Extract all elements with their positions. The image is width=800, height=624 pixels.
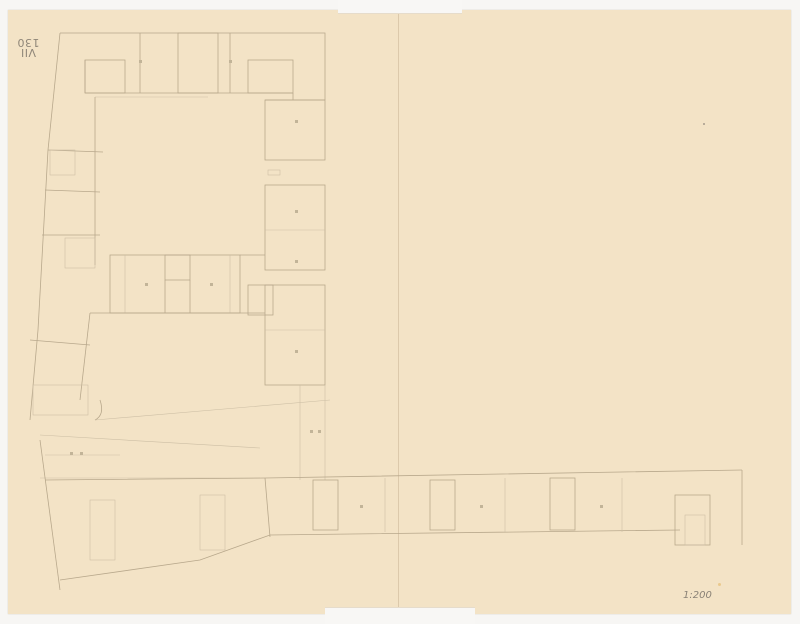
south-wing [40,440,742,590]
east-wing [265,100,325,270]
center-connector [80,255,273,400]
floor-plan-drawing [0,0,800,624]
paper-stain [718,583,721,586]
west-wing [30,150,103,420]
passage [40,385,325,480]
structural-columns [70,60,603,508]
east-lower-block [265,285,325,385]
paper-speck [703,123,705,125]
sheet-number-annotation: VII 130 [17,37,40,57]
west-lower [30,340,330,455]
scale-annotation: 1:200 [683,590,712,601]
sheet-number-arabic: 130 [17,37,40,47]
